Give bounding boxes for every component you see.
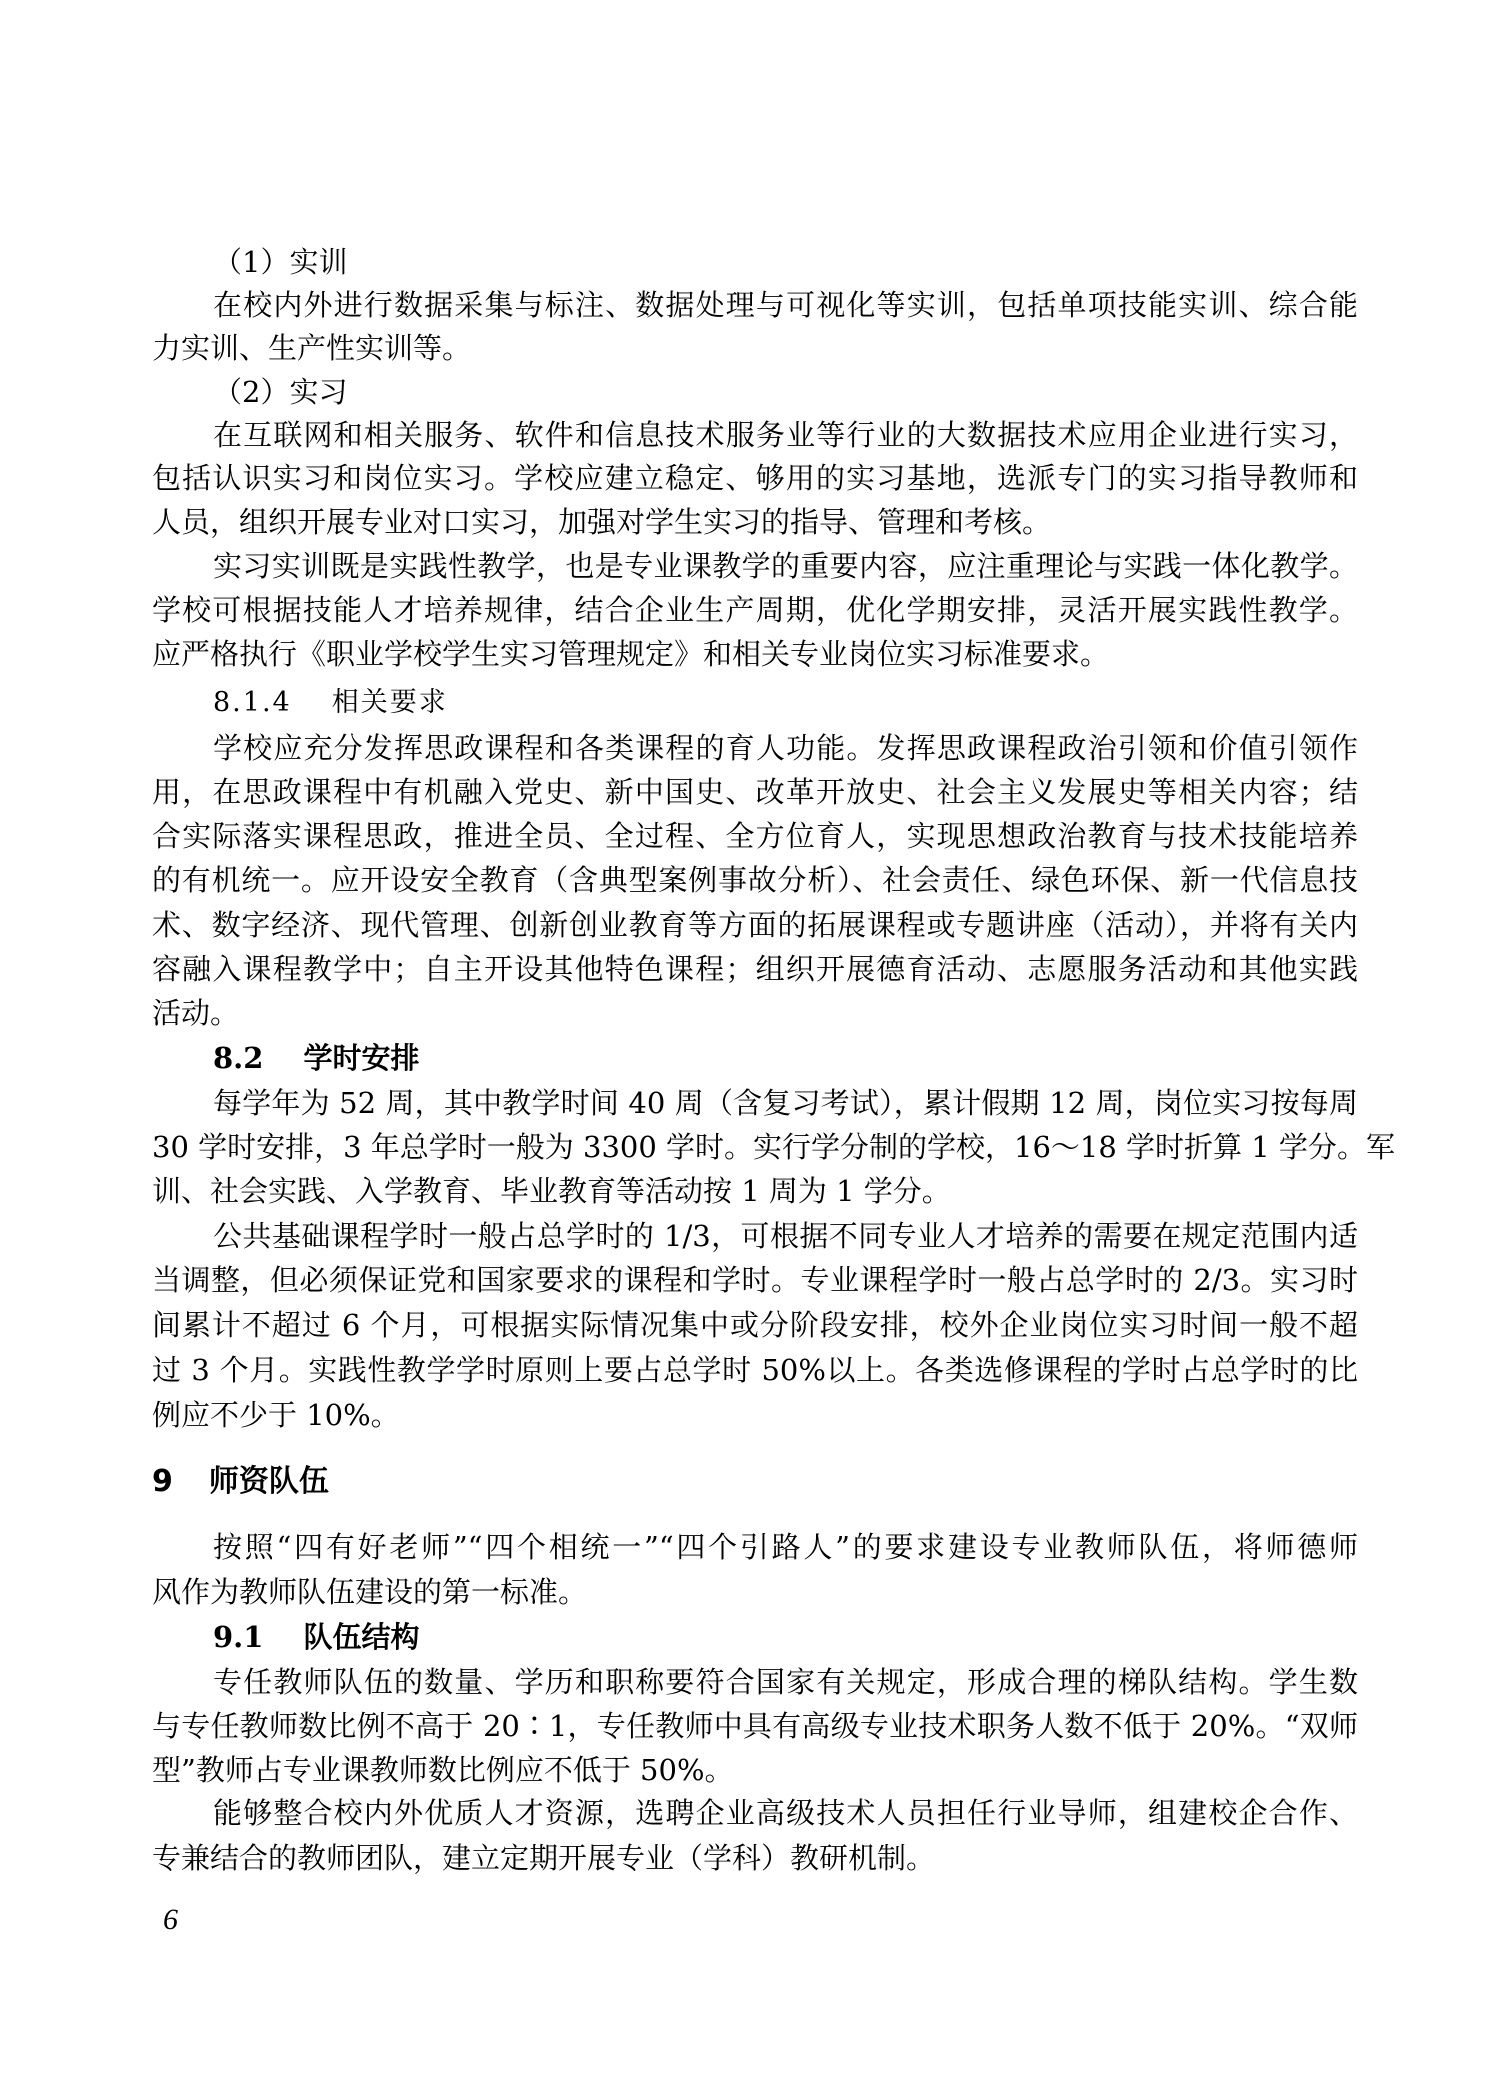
subsection-heading-8-1-4: 8.1.4相关要求 xyxy=(213,683,1358,723)
paragraph-line: 实习实训既是实践性教学，也是专业课教学的重要内容，应注重理论与实践一体化教学。 xyxy=(213,546,1358,586)
paragraph-line: 风作为教师队伍建设的第一标准。 xyxy=(152,1572,1358,1612)
paragraph-line: 型”教师占专业课教师数比例应不低于 50%。 xyxy=(152,1750,1358,1790)
paragraph-line: 人员，组织开展专业对口实习，加强对学生实习的指导、管理和考核。 xyxy=(152,502,1358,542)
paragraph-line: 在互联网和相关服务、软件和信息技术服务业等行业的大数据技术应用企业进行实习， xyxy=(213,415,1358,455)
paragraph-line: 每学年为 52 周，其中教学时间 40 周（含复习考试），累计假期 12 周，岗… xyxy=(213,1083,1358,1123)
paragraph-line: 按照“四有好老师”“四个相统一”“四个引路人”的要求建设专业教师队伍，将师德师 xyxy=(213,1527,1358,1567)
paragraph-line: 包括认识实习和岗位实习。学校应建立稳定、够用的实习基地，选派专门的实习指导教师和 xyxy=(152,458,1358,498)
paragraph-line: 专兼结合的教师团队，建立定期开展专业（学科）教研机制。 xyxy=(152,1838,1358,1878)
paragraph-line: 合实际落实课程思政，推进全员、全过程、全方位育人，实现思想政治教育与技术技能培养 xyxy=(152,816,1358,856)
paragraph-line: 在校内外进行数据采集与标注、数据处理与可视化等实训，包括单项技能实训、综合能 xyxy=(213,285,1358,325)
paragraph-line: 能够整合校内外优质人才资源，选聘企业高级技术人员担任行业导师，组建校企合作、 xyxy=(213,1793,1358,1833)
section-title: 学时安排 xyxy=(303,1041,419,1075)
paragraph-line: 30 学时安排，3 年总学时一般为 3300 学时。实行学分制的学校，16～18… xyxy=(152,1127,1358,1167)
paragraph-line: 用，在思政课程中有机融入党史、新中国史、改革开放史、社会主义发展史等相关内容；结 xyxy=(152,772,1358,812)
chapter-title: 师资队伍 xyxy=(209,1464,329,1499)
paragraph-line: 应严格执行《职业学校学生实习管理规定》和相关专业岗位实习标准要求。 xyxy=(152,634,1358,674)
paragraph-line: 专任教师队伍的数量、学历和职称要符合国家有关规定，形成合理的梯队结构。学生数 xyxy=(213,1662,1358,1702)
subsection-number: 8.1.4 xyxy=(213,687,292,718)
paragraph-line: 的有机统一。应开设安全教育（含典型案例事故分析）、社会责任、绿色环保、新一代信息… xyxy=(152,860,1358,900)
paragraph-line: 当调整，但必须保证党和国家要求的课程和学时。专业课程学时一般占总学时的 2/3。… xyxy=(152,1260,1358,1300)
subsection-title: 相关要求 xyxy=(332,687,448,718)
paragraph-line: 术、数字经济、现代管理、创新创业教育等方面的拓展课程或专题讲座（活动），并将有关… xyxy=(152,905,1358,945)
paragraph-line: 过 3 个月。实践性教学学时原则上要占总学时 50%以上。各类选修课程的学时占总… xyxy=(152,1350,1358,1390)
paragraph-line: 学校可根据技能人才培养规律，结合企业生产周期，优化学期安排，灵活开展实践性教学。 xyxy=(152,590,1358,630)
paragraph-line: 例应不少于 10%。 xyxy=(152,1395,1358,1435)
document-page: （1）实训 在校内外进行数据采集与标注、数据处理与可视化等实训，包括单项技能实训… xyxy=(0,0,1503,2094)
section-heading-9-1: 9.1队伍结构 xyxy=(213,1617,1358,1657)
paragraph-line: 容融入课程教学中；自主开设其他特色课程；组织开展德育活动、志愿服务活动和其他实践 xyxy=(152,949,1358,989)
paragraph-line: 间累计不超过 6 个月，可根据实际情况集中或分阶段安排，校外企业岗位实习时间一般… xyxy=(152,1305,1358,1345)
chapter-heading-9: 9师资队伍 xyxy=(152,1462,1358,1502)
chapter-number: 9 xyxy=(152,1464,173,1499)
paragraph-line: 活动。 xyxy=(152,993,1358,1033)
page-number: 6 xyxy=(163,1902,178,1938)
item-heading-internship: （2）实习 xyxy=(213,372,1358,412)
paragraph-line: 公共基础课程学时一般占总学时的 1/3，可根据不同专业人才培养的需要在规定范围内… xyxy=(213,1216,1358,1256)
item-heading-practical-training: （1）实训 xyxy=(213,242,1358,282)
paragraph-line: 训、社会实践、入学教育、毕业教育等活动按 1 周为 1 学分。 xyxy=(152,1171,1358,1211)
section-number: 9.1 xyxy=(213,1620,263,1654)
paragraph-line: 与专任教师数比例不高于 20∶1，专任教师中具有高级专业技术职务人数不低于 20… xyxy=(152,1706,1358,1746)
paragraph-line: 学校应充分发挥思政课程和各类课程的育人功能。发挥思政课程政治引领和价值引领作 xyxy=(213,728,1358,768)
section-title: 队伍结构 xyxy=(303,1620,419,1654)
paragraph-line: 力实训、生产性实训等。 xyxy=(152,328,1358,368)
section-heading-8-2: 8.2学时安排 xyxy=(213,1038,1358,1078)
section-number: 8.2 xyxy=(213,1041,263,1075)
